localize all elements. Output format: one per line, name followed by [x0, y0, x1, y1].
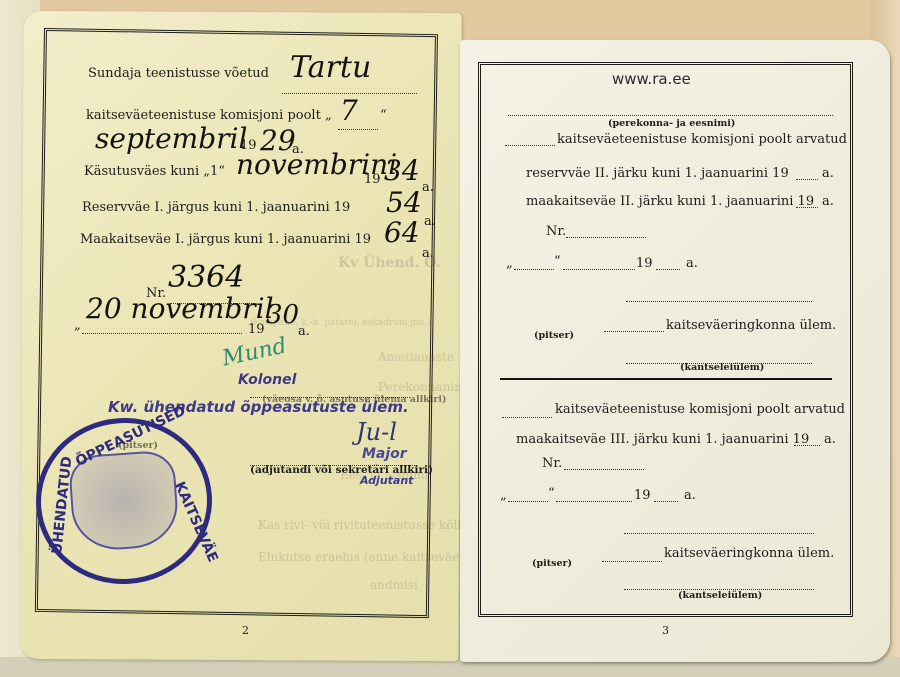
name-blank [508, 106, 833, 116]
year-prefix: 19 [248, 322, 265, 337]
reserve-line: reservväe II. järku kuni 1. jaanuarini 1… [526, 166, 789, 181]
territorial-year-suffix: a. [824, 432, 836, 447]
year-suffix: a. [298, 324, 310, 339]
year-suffix: a. [422, 246, 434, 261]
drafted-blank [282, 84, 417, 94]
territorial-line: maakaitseväe III. järku kuni 1. jaanuari… [516, 432, 809, 447]
bleed-through-text: Ametiauaste [378, 350, 454, 364]
adjutant-signature: Ju-l [356, 418, 397, 446]
quote-close: “ [380, 108, 387, 123]
year-suffix: a. [424, 214, 436, 229]
drafted-label: Sundaja teenistusse võetud [88, 66, 269, 81]
quote-open: „ [74, 318, 81, 333]
year-suffix: a. [686, 256, 698, 271]
commander-line: kaitseväeringkonna ülem. [666, 318, 836, 333]
left-page-number: 2 [242, 624, 249, 637]
rank-stamp: Kolonel [238, 372, 296, 388]
territorial-label: Maakaitseväe I. järgus kuni 1. jaanuarin… [80, 232, 371, 247]
year-blank [656, 260, 680, 270]
bleed-through-text: Kas rivi- või rivituteenistusse kõlblik [258, 518, 480, 532]
name-caption: (perekonna- ja eesnimi) [608, 118, 735, 129]
year-suffix: a. [684, 488, 696, 503]
number-blank [566, 228, 646, 238]
clerk-caption: (kantseleiülem) [678, 590, 762, 601]
year-prefix: 19 [636, 256, 653, 271]
number-label: Nr. [542, 456, 562, 471]
day-blank [514, 260, 554, 270]
commission-month-handwritten: septembril [95, 122, 247, 155]
bleed-through-text: andmisi [370, 578, 418, 592]
territorial-year-suffix: a. [822, 194, 834, 209]
year-prefix: 19 [364, 172, 381, 187]
number-label: Nr. [546, 224, 566, 239]
commander-signature-blank [626, 292, 812, 302]
year-blank [654, 492, 678, 502]
territorial-year-blank [794, 436, 820, 446]
quote-close: “ [548, 486, 555, 501]
commission-blank [502, 408, 552, 418]
date-handwritten: 20 novembril [86, 292, 274, 325]
reserve-year-handwritten: 54 [386, 186, 422, 219]
reserve-year-suffix: a. [822, 166, 834, 181]
seal-caption: (pitser) [532, 558, 572, 569]
territorial-year-handwritten: 64 [384, 216, 420, 249]
number-blank [564, 460, 644, 470]
drafted-handwritten-value: Tartu [290, 50, 371, 85]
territorial-year-blank [796, 198, 818, 208]
year-suffix: a. [422, 180, 434, 195]
active-year-handwritten: 34 [384, 154, 420, 187]
commission-day-handwritten: 7 [340, 94, 358, 127]
active-service-label: Käsutusväes kuni „1“ [84, 164, 225, 179]
right-page-number: 3 [662, 624, 669, 637]
day-blank [508, 492, 548, 502]
commander-line: kaitseväeringkonna ülem. [664, 546, 834, 561]
date-blank [82, 324, 242, 334]
seal-caption: (pitser) [534, 330, 574, 341]
section-divider [500, 378, 832, 380]
number-handwritten: 3364 [168, 260, 244, 295]
quote-open: „ [506, 256, 513, 271]
watermark-url: www.ra.ee [612, 70, 691, 88]
year-prefix: 19 [634, 488, 651, 503]
reserve-label: Reservväe I. järgus kuni 1. jaanuarini 1… [82, 200, 350, 215]
reserve-year-blank [796, 170, 818, 180]
quote-open: „ [500, 488, 507, 503]
month-blank [563, 260, 635, 270]
institution-stamp: Kw. ühendatud õppeasutuste ülem. [108, 398, 409, 416]
commission-line: kaitseväeteenistuse komisjoni poolt arva… [557, 132, 847, 147]
territorial-line: maakaitseväe II. järku kuni 1. jaanuarin… [526, 194, 814, 209]
clerk-caption: (kantseleiülem) [680, 362, 764, 373]
commission-line: kaitseväeteenistuse komisjoni poolt arva… [555, 402, 845, 417]
commission-label: kaitseväeteenistuse komisjoni poolt „ [86, 108, 332, 123]
commission-blank [505, 136, 555, 146]
adjutant-title-stamp: Adjutant [360, 474, 413, 487]
district-blank [604, 322, 664, 332]
district-blank [602, 552, 662, 562]
clerk-signature-blank [624, 580, 814, 590]
commander-signature-blank [624, 524, 814, 534]
month-blank [556, 492, 632, 502]
date-year-handwritten: 30 [266, 300, 299, 330]
quote-close: “ [554, 254, 561, 269]
